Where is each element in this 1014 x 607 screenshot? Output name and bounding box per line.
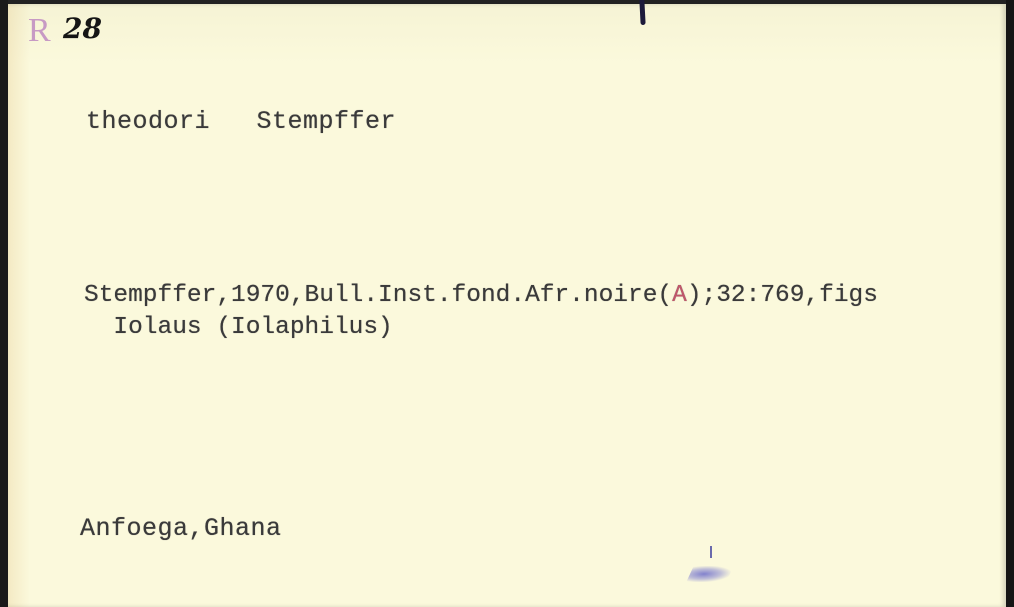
ink-blob	[686, 566, 733, 582]
blue-ink-smudge	[688, 560, 736, 584]
locality-line: Anfoega,Ghana	[80, 514, 282, 543]
handwritten-card-number: 28	[63, 12, 102, 45]
citation-series-letter: A	[672, 282, 687, 309]
stamp-letter: R	[28, 12, 51, 50]
citation-line-1: Stempffer,1970,Bull.Inst.fond.Afr.noire(…	[84, 282, 878, 309]
species-line: theodori Stempffer	[86, 107, 396, 136]
scanner-right-edge	[1006, 0, 1014, 607]
citation-text-post: );32:769,figs	[687, 282, 878, 309]
scanner-left-edge	[0, 0, 8, 607]
citation-text-pre: Stempffer,1970,Bull.Inst.fond.Afr.noire(	[84, 282, 672, 309]
citation-line-2: Iolaus (Iolaphilus)	[84, 314, 393, 341]
ink-tick	[710, 546, 712, 558]
